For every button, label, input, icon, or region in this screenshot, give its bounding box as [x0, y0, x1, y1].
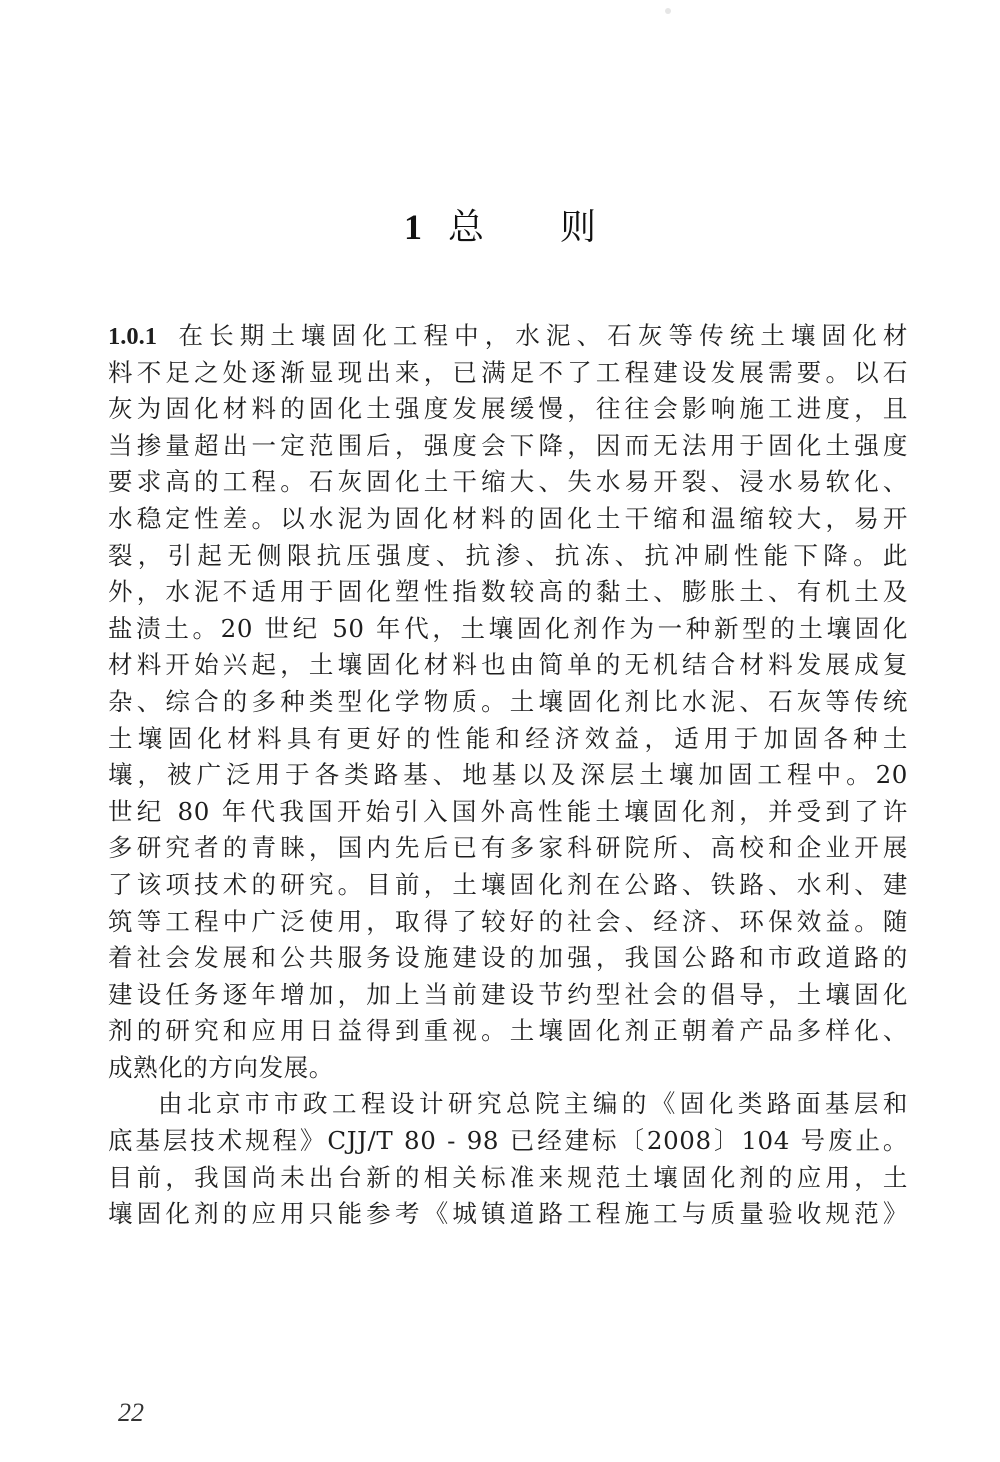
text-line: 着社会发展和公共服务设施建设的加强，我国公路和市政道路的	[108, 940, 908, 977]
text-line: 1.0.1在长期土壤固化工程中，水泥、石灰等传统土壤固化材	[108, 318, 908, 355]
text-line: 裂，引起无侧限抗压强度、抗渗、抗冻、抗冲刷性能下降。此	[108, 538, 908, 575]
text-line: 料不足之处逐渐显现出来，已满足不了工程建设发展需要。以石	[108, 355, 908, 392]
text-line: 筑等工程中广泛使用，取得了较好的社会、经济、环保效益。随	[108, 904, 908, 941]
text-line: 外，水泥不适用于固化塑性指数较高的黏土、膨胀土、有机土及	[108, 574, 908, 611]
text-line: 底基层技术规程》CJJ/T 80 - 98 已经建标〔2008〕104 号废止。	[108, 1123, 908, 1160]
text-line: 剂的研究和应用日益得到重视。土壤固化剂正朝着产品多样化、	[108, 1013, 908, 1050]
text-line: 建设任务逐年增加，加上当前建设节约型社会的倡导，土壤固化	[108, 977, 908, 1014]
text-line: 多研究者的青睐，国内先后已有多家科研院所、高校和企业开展	[108, 830, 908, 867]
chapter-number: 1	[404, 207, 422, 247]
text-line: 材料开始兴起，土壤固化材料也由简单的无机结合材料发展成复	[108, 647, 908, 684]
clause-number: 1.0.1	[108, 323, 157, 350]
text-line: 当掺量超出一定范围后，强度会下降，因而无法用于固化土强度	[108, 428, 908, 465]
text-line: 水稳定性差。以水泥为固化材料的固化土干缩和温缩较大，易开	[108, 501, 908, 538]
text-line: 成熟化的方向发展。	[108, 1050, 908, 1087]
page-number: 22	[118, 1398, 144, 1428]
text-line: 盐渍土。20 世纪 50 年代，土壤固化剂作为一种新型的土壤固化	[108, 611, 908, 648]
text-line: 由北京市市政工程设计研究总院主编的《固化类路面基层和	[108, 1086, 908, 1123]
scan-speck	[665, 8, 671, 14]
text-line: 壤，被广泛用于各类路基、地基以及深层土壤加固工程中。20	[108, 757, 908, 794]
chapter-title: 1总则	[0, 202, 1000, 253]
text-line: 了该项技术的研究。目前，土壤固化剂在公路、铁路、水利、建	[108, 867, 908, 904]
text-line: 土壤固化材料具有更好的性能和经济效益，适用于加固各种土	[108, 721, 908, 758]
body-text: 1.0.1在长期土壤固化工程中，水泥、石灰等传统土壤固化材 料不足之处逐渐显现出…	[108, 318, 908, 1233]
chapter-title-char-1: 总	[448, 207, 484, 248]
text-line: 要求高的工程。石灰固化土干缩大、失水易开裂、浸水易软化、	[108, 464, 908, 501]
chapter-title-char-2: 则	[560, 207, 596, 248]
text-line: 世纪 80 年代我国开始引入国外高性能土壤固化剂，并受到了许	[108, 794, 908, 831]
text-line: 目前，我国尚未出台新的相关标准来规范土壤固化剂的应用，土	[108, 1160, 908, 1197]
text-line: 壤固化剂的应用只能参考《城镇道路工程施工与质量验收规范》	[108, 1196, 908, 1233]
text-line: 灰为固化材料的固化土强度发展缓慢，往往会影响施工进度，且	[108, 391, 908, 428]
text-line: 杂、综合的多种类型化学物质。土壤固化剂比水泥、石灰等传统	[108, 684, 908, 721]
